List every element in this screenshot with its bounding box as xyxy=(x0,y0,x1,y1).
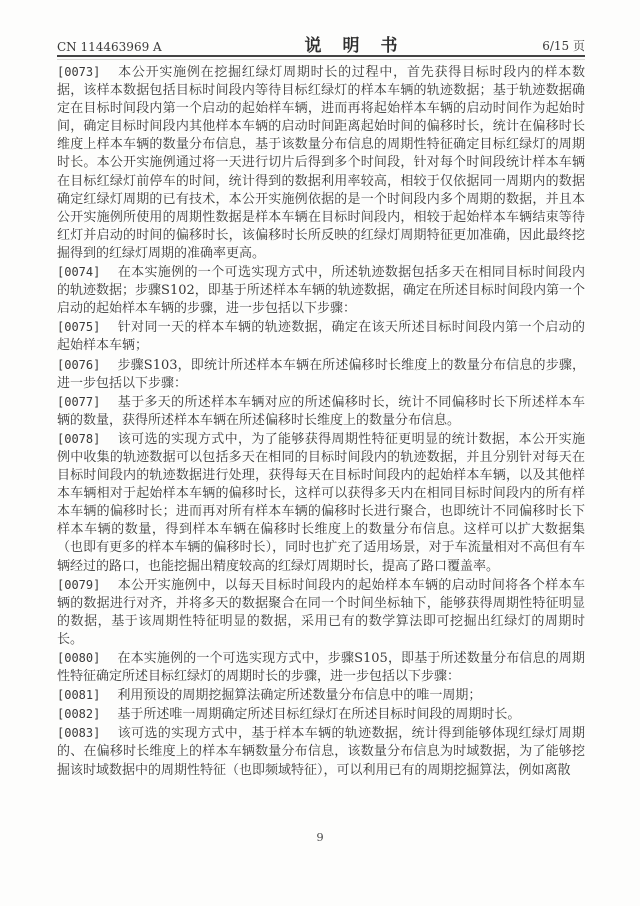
paragraph-number: [0080] xyxy=(57,651,100,665)
paragraph-number: [0081] xyxy=(57,688,100,702)
paragraph-text: 本公开实施例中，以每天目标时间段内的起始样本车辆的启动时间将各个样本车辆的数据进… xyxy=(57,578,585,647)
paragraph-number: [0079] xyxy=(57,578,100,592)
paragraph-0074: [0074]在本实施例的一个可选实现方式中，所述轨迹数据包括多天在相同目标时间段… xyxy=(57,263,585,318)
paragraph-0075: [0075]针对同一天的样本车辆的轨迹数据，确定在该天所述目标时间段内第一个启动… xyxy=(57,318,585,355)
page-indicator: 6/15 页 xyxy=(542,37,585,54)
paragraph-text: 该可选的实现方式中，基于样本车辆的轨迹数据，统计得到能够体现红绿灯周期的、在偏移… xyxy=(57,726,585,777)
paragraph-text: 利用预设的周期挖掘算法确定所述数量分布信息中的唯一周期； xyxy=(117,688,481,703)
paragraph-0076: [0076]步骤S103，即统计所述样本车辆在所述偏移时长维度上的数量分布信息的… xyxy=(57,356,585,393)
paragraph-0080: [0080]在本实施例的一个可选实现方式中，步骤S105，即基于所述数量分布信息… xyxy=(57,649,585,686)
paragraph-text: 在本实施例的一个可选实现方式中，所述轨迹数据包括多天在相同目标时间段内的轨迹数据… xyxy=(57,265,585,316)
paragraph-number: [0076] xyxy=(57,358,100,372)
paragraph-0083: [0083]该可选的实现方式中，基于样本车辆的轨迹数据，统计得到能够体现红绿灯周… xyxy=(57,724,585,779)
patent-specification-page: CN 114463969 A 说 明 书 6/15 页 [0073]本公开实施例… xyxy=(0,0,640,906)
page-footer: 9 xyxy=(0,830,640,844)
page-header: CN 114463969 A 说 明 书 6/15 页 xyxy=(57,30,585,54)
paragraph-text: 本公开实施例在挖掘红绿灯周期时长的过程中，首先获得目标时段内的样本数据，该样本数… xyxy=(57,65,585,261)
header-divider xyxy=(57,55,585,57)
paragraph-text: 基于所述唯一周期确定所述目标红绿灯在所述目标时间段的周期时长。 xyxy=(117,707,520,722)
paragraph-0078: [0078]该可选的实现方式中，为了能够获得周期性特征更明显的统计数据，本公开实… xyxy=(57,430,585,576)
paragraph-0082: [0082]基于所述唯一周期确定所述目标红绿灯在所述目标时间段的周期时长。 xyxy=(57,705,585,724)
paragraph-number: [0075] xyxy=(57,320,100,334)
paragraph-text: 步骤S103，即统计所述样本车辆在所述偏移时长维度上的数量分布信息的步骤，进一步… xyxy=(57,358,585,391)
paragraph-number: [0073] xyxy=(57,65,100,79)
paragraph-0081: [0081]利用预设的周期挖掘算法确定所述数量分布信息中的唯一周期； xyxy=(57,686,585,705)
publication-number: CN 114463969 A xyxy=(57,40,162,54)
paragraph-number: [0082] xyxy=(57,707,100,721)
paragraph-0073: [0073]本公开实施例在挖掘红绿灯周期时长的过程中，首先获得目标时段内的样本数… xyxy=(57,63,585,263)
page-number: 9 xyxy=(316,830,323,844)
paragraph-text: 在本实施例的一个可选实现方式中，步骤S105，即基于所述数量分布信息的周期性特征… xyxy=(57,651,585,684)
paragraph-text: 基于多天的所述样本车辆对应的所述偏移时长，统计不同偏移时长下所述样本车辆的数量，… xyxy=(57,395,585,428)
paragraph-0079: [0079]本公开实施例中，以每天目标时间段内的起始样本车辆的启动时间将各个样本… xyxy=(57,576,585,649)
document-title: 说 明 书 xyxy=(304,31,399,56)
paragraph-text: 该可选的实现方式中，为了能够获得周期性特征更明显的统计数据，本公开实施例中收集的… xyxy=(57,432,585,574)
paragraph-number: [0078] xyxy=(57,432,100,446)
paragraph-text: 针对同一天的样本车辆的轨迹数据，确定在该天所述目标时间段内第一个启动的起始样本车… xyxy=(57,320,585,353)
paragraph-number: [0077] xyxy=(57,395,100,409)
paragraph-0077: [0077]基于多天的所述样本车辆对应的所述偏移时长，统计不同偏移时长下所述样本… xyxy=(57,393,585,430)
header-divider-shadow xyxy=(57,59,585,60)
paragraph-number: [0083] xyxy=(57,726,100,740)
document-body: [0073]本公开实施例在挖掘红绿灯周期时长的过程中，首先获得目标时段内的样本数… xyxy=(57,63,585,780)
paragraph-number: [0074] xyxy=(57,265,100,279)
